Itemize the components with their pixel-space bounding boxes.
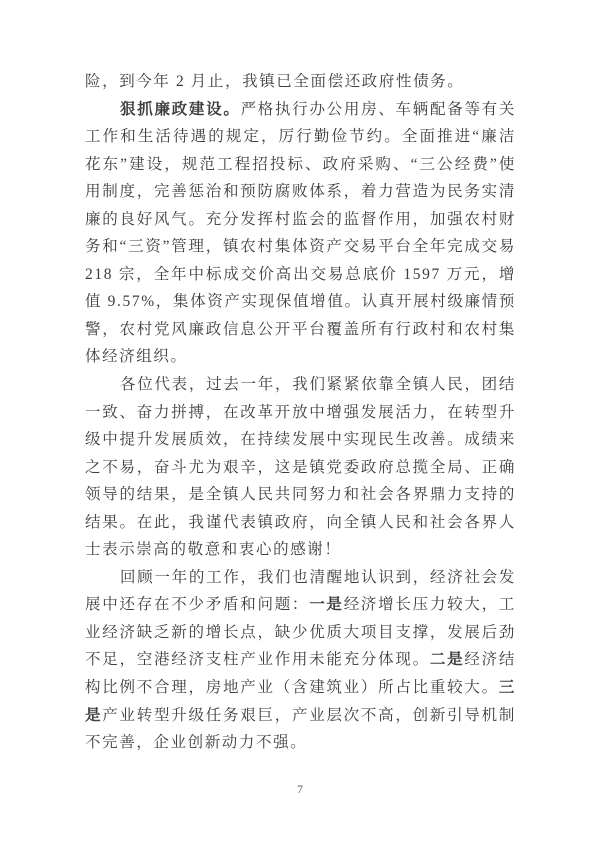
paragraph-clean-governance: 狠抓廉政建设。严格执行办公用房、车辆配备等有关工作和生活待遇的规定，厉行勤俭节约…	[85, 96, 516, 371]
document-page: 险，到今年 2 月止，我镇已全面偿还政府性债务。 狠抓廉政建设。严格执行办公用房…	[0, 0, 600, 848]
body-text: 严格执行办公用房、车辆配备等有关工作和生活待遇的规定，厉行勤俭节约。全面推进“廉…	[85, 101, 516, 366]
body-text: 产业转型升级任务艰巨，产业层次不高，创新引导机制不完善，企业创新动力不强。	[85, 707, 516, 752]
paragraph-problems: 回顾一年的工作，我们也清醒地认识到，经济社会发展中还存在不少矛盾和问题：一是经济…	[85, 564, 516, 757]
document-body: 险，到今年 2 月止，我镇已全面偿还政府性债务。 狠抓廉政建设。严格执行办公用房…	[85, 68, 516, 757]
body-text: 各位代表，过去一年，我们紧紧依靠全镇人民，团结一致、奋力拼搏，在改革开放中增强发…	[85, 376, 516, 558]
body-text: 险，到今年 2 月止，我镇已全面偿还政府性债务。	[85, 73, 464, 90]
paragraph-debt-continuation: 险，到今年 2 月止，我镇已全面偿还政府性债务。	[85, 68, 516, 96]
enumerator-one: 一是	[309, 596, 344, 613]
enumerator-two: 二是	[430, 651, 465, 668]
paragraph-thanks: 各位代表，过去一年，我们紧紧依靠全镇人民，团结一致、奋力拼搏，在改革开放中增强发…	[85, 371, 516, 564]
page-number: 7	[0, 781, 600, 797]
run-in-heading: 狠抓廉政建设。	[120, 101, 241, 118]
